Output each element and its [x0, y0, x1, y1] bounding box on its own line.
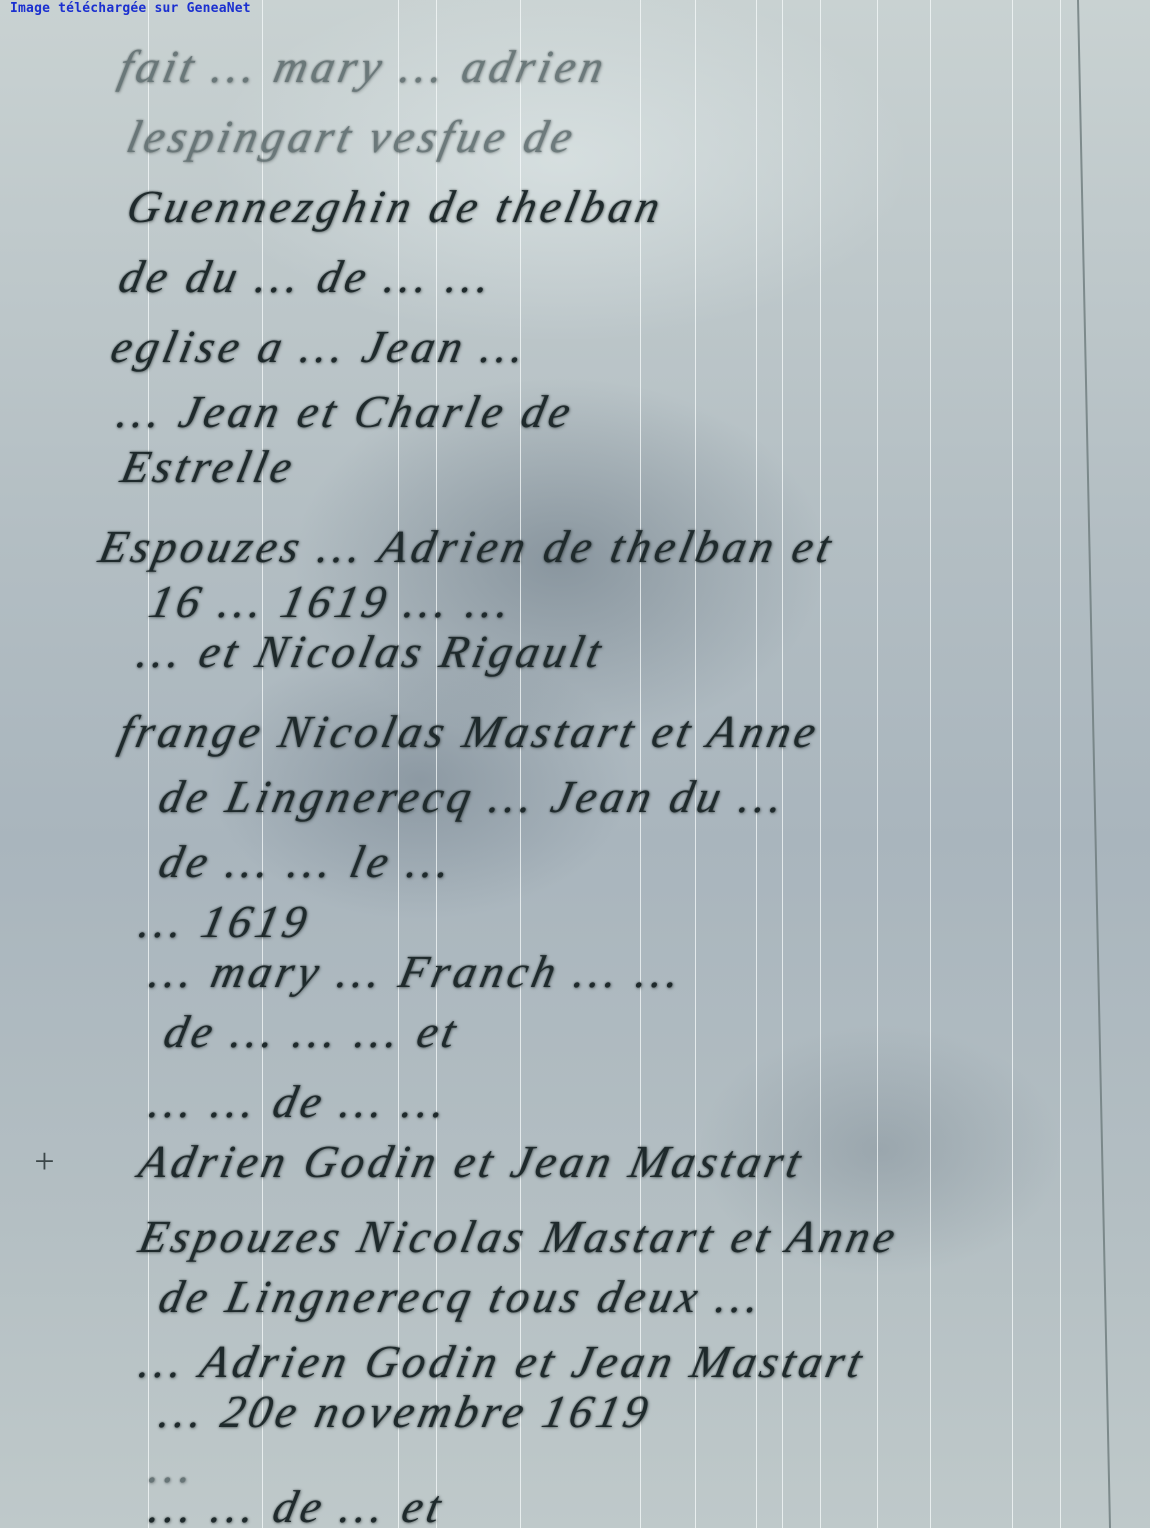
- scratch-line: [877, 0, 878, 1528]
- scratch-line: [782, 0, 783, 1528]
- handwritten-line: ... mary ... Franch ... ...: [144, 945, 689, 998]
- margin-cross-mark: +: [32, 1140, 56, 1182]
- handwritten-line: de Lingnerecq tous deux ...: [154, 1270, 769, 1323]
- handwritten-line: Guennezghin de thelban: [122, 180, 668, 233]
- handwritten-line: ... ... de ... ...: [144, 1075, 455, 1128]
- handwritten-line: lespingart vesfue de: [122, 110, 581, 163]
- handwritten-line: ... ... de ... et: [144, 1480, 449, 1528]
- scratch-line: [820, 0, 821, 1528]
- handwritten-line: 16 ... 1619 ... ...: [144, 575, 519, 628]
- handwritten-line: de du ... de ... ...: [114, 250, 499, 303]
- handwritten-line: de Lingnerecq ... Jean du ...: [154, 770, 792, 823]
- watermark: Image téléchargée sur GeneaNet: [10, 1, 251, 16]
- handwritten-line: ... et Nicolas Rigault: [132, 625, 609, 678]
- handwritten-line: Adrien Godin et Jean Mastart: [134, 1135, 809, 1188]
- handwritten-line: de ... ... ... et: [159, 1005, 464, 1058]
- handwritten-line: Estrelle: [116, 440, 301, 493]
- scratch-line: [1012, 0, 1013, 1528]
- handwritten-line: ... Adrien Godin et Jean Mastart: [134, 1335, 870, 1388]
- scratch-line: [1060, 0, 1061, 1528]
- handwritten-line: ... 20e novembre 1619: [154, 1385, 656, 1438]
- handwritten-line: eglise a ... Jean ...: [106, 320, 533, 373]
- handwritten-line: ... 1619: [134, 895, 315, 948]
- scratch-line: [930, 0, 931, 1528]
- handwritten-line: ... Jean et Charle de: [112, 385, 579, 438]
- handwritten-line: frange Nicolas Mastart et Anne: [114, 705, 824, 758]
- handwritten-line: Espouzes ... Adrien de thelban et: [94, 520, 839, 573]
- handwritten-line: de ... ... le ...: [154, 835, 459, 888]
- handwritten-line: fait ... mary ... adrien: [114, 40, 612, 93]
- handwritten-line: Espouzes Nicolas Mastart et Anne: [134, 1210, 904, 1263]
